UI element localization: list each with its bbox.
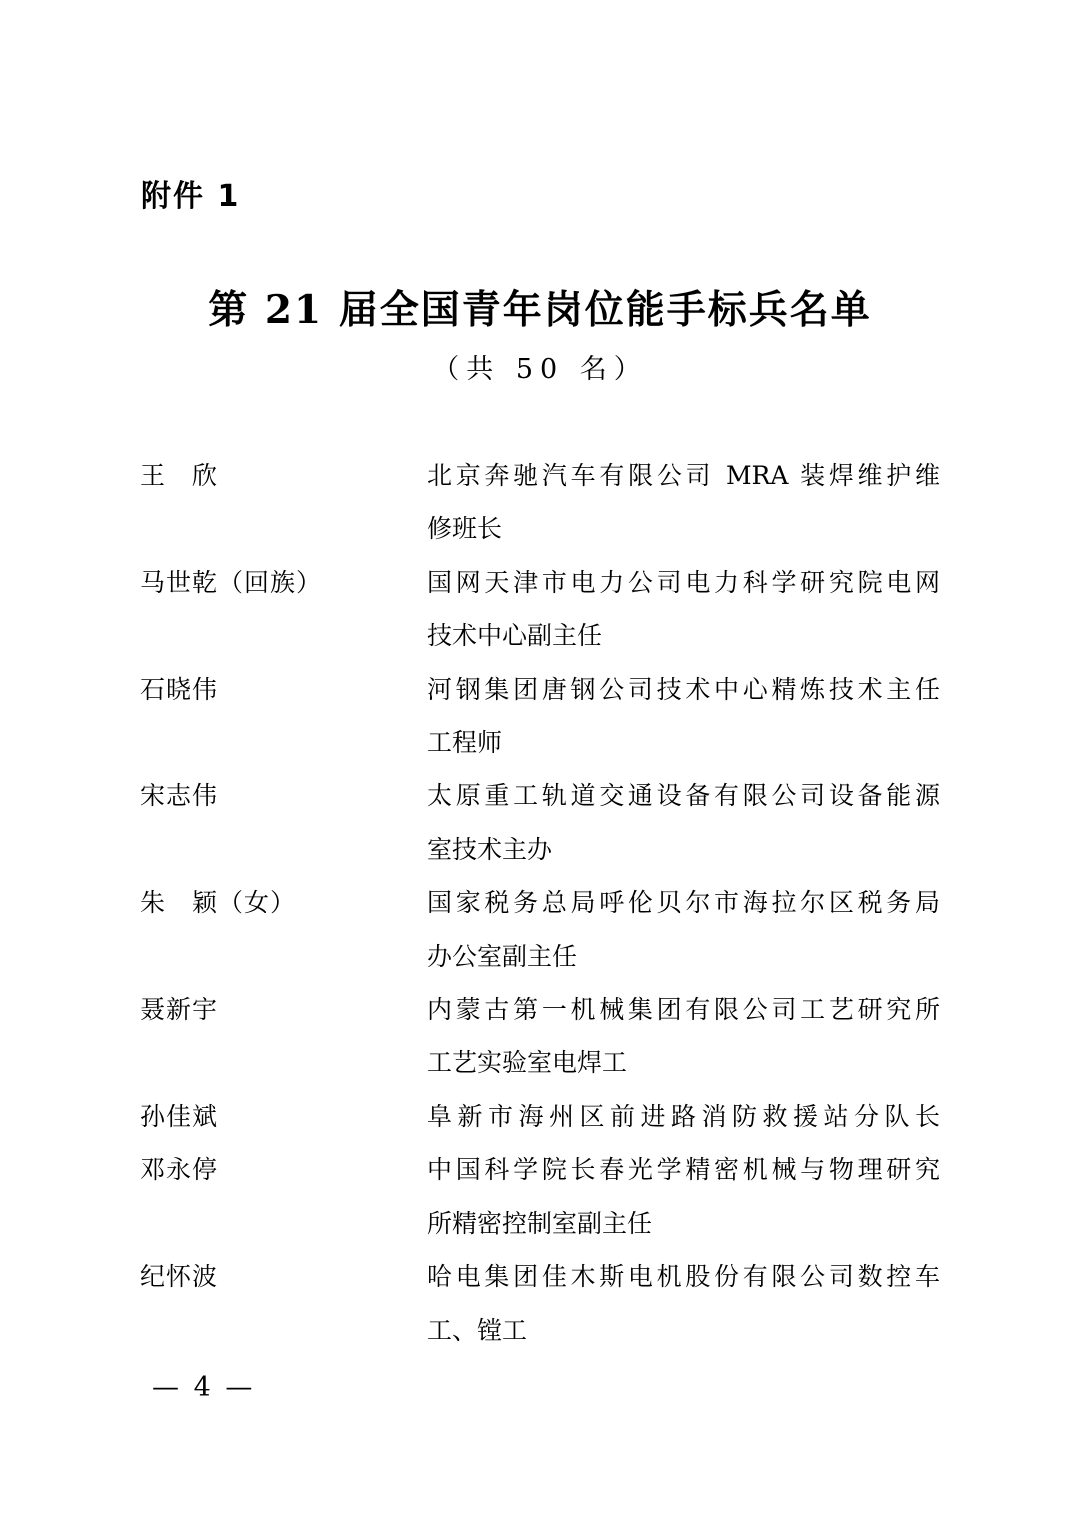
entry-name: 纪怀波 <box>140 1250 427 1303</box>
list-entry: 石晓伟河钢集团唐钢公司技术中心精炼技术主任工程师 <box>140 663 940 770</box>
entry-name: 聂新宇 <box>140 983 427 1036</box>
document-title: 第 21 届全国青年岗位能手标兵名单 <box>0 288 1080 333</box>
entry-name: 朱 颖（女） <box>140 876 427 929</box>
description-line: 办公室副主任 <box>427 930 940 983</box>
description-line: 所精密控制室副主任 <box>427 1197 940 1250</box>
entry-description: 太原重工轨道交通设备有限公司设备能源室技术主办 <box>427 769 940 876</box>
entry-name: 宋志伟 <box>140 769 427 822</box>
list-entry: 孙佳斌阜新市海州区前进路消防救援站分队长 <box>140 1090 940 1143</box>
entry-description: 阜新市海州区前进路消防救援站分队长 <box>427 1090 940 1143</box>
list-entry: 王 欣北京奔驰汽车有限公司 MRA 装焊维护维修班长 <box>140 449 940 556</box>
entry-name: 王 欣 <box>140 449 427 502</box>
document-subtitle: （共 50 名） <box>0 354 1080 386</box>
description-line: 室技术主办 <box>427 823 940 876</box>
entry-name: 马世乾（回族） <box>140 556 427 609</box>
description-line: 国网天津市电力公司电力科学研究院电网 <box>427 556 940 609</box>
description-line: 阜新市海州区前进路消防救援站分队长 <box>427 1090 940 1143</box>
page-number: — 4 — <box>152 1372 255 1403</box>
awardee-list: 王 欣北京奔驰汽车有限公司 MRA 装焊维护维修班长马世乾（回族）国网天津市电力… <box>140 449 940 1357</box>
description-line: 工、镗工 <box>427 1304 940 1357</box>
entry-description: 中国科学院长春光学精密机械与物理研究所精密控制室副主任 <box>427 1143 940 1250</box>
description-line: 技术中心副主任 <box>427 609 940 662</box>
list-entry: 宋志伟太原重工轨道交通设备有限公司设备能源室技术主办 <box>140 769 940 876</box>
entry-name: 邓永停 <box>140 1143 427 1196</box>
list-entry: 马世乾（回族）国网天津市电力公司电力科学研究院电网技术中心副主任 <box>140 556 940 663</box>
page-footer: — 4 — <box>152 1372 255 1403</box>
list-entry: 朱 颖（女）国家税务总局呼伦贝尔市海拉尔区税务局办公室副主任 <box>140 876 940 983</box>
attachment-label: 附件 1 <box>141 180 240 214</box>
description-line: 太原重工轨道交通设备有限公司设备能源 <box>427 769 940 822</box>
entry-description: 河钢集团唐钢公司技术中心精炼技术主任工程师 <box>427 663 940 770</box>
entry-name: 孙佳斌 <box>140 1090 427 1143</box>
description-line: 工艺实验室电焊工 <box>427 1036 940 1089</box>
description-line: 工程师 <box>427 716 940 769</box>
description-line: 修班长 <box>427 502 940 555</box>
description-line: 内蒙古第一机械集团有限公司工艺研究所 <box>427 983 940 1036</box>
document-page: { "page": { "attachment_label": "附件 1", … <box>0 0 1080 1528</box>
description-line: 河钢集团唐钢公司技术中心精炼技术主任 <box>427 663 940 716</box>
list-entry: 聂新宇内蒙古第一机械集团有限公司工艺研究所工艺实验室电焊工 <box>140 983 940 1090</box>
entry-description: 北京奔驰汽车有限公司 MRA 装焊维护维修班长 <box>427 449 940 556</box>
entry-name: 石晓伟 <box>140 663 427 716</box>
entry-description: 内蒙古第一机械集团有限公司工艺研究所工艺实验室电焊工 <box>427 983 940 1090</box>
list-entry: 邓永停中国科学院长春光学精密机械与物理研究所精密控制室副主任 <box>140 1143 940 1250</box>
list-entry: 纪怀波哈电集团佳木斯电机股份有限公司数控车工、镗工 <box>140 1250 940 1357</box>
entry-description: 哈电集团佳木斯电机股份有限公司数控车工、镗工 <box>427 1250 940 1357</box>
entry-description: 国网天津市电力公司电力科学研究院电网技术中心副主任 <box>427 556 940 663</box>
entry-description: 国家税务总局呼伦贝尔市海拉尔区税务局办公室副主任 <box>427 876 940 983</box>
description-line: 哈电集团佳木斯电机股份有限公司数控车 <box>427 1250 940 1303</box>
description-line: 北京奔驰汽车有限公司 MRA 装焊维护维 <box>427 449 940 502</box>
description-line: 国家税务总局呼伦贝尔市海拉尔区税务局 <box>427 876 940 929</box>
description-line: 中国科学院长春光学精密机械与物理研究 <box>427 1143 940 1196</box>
